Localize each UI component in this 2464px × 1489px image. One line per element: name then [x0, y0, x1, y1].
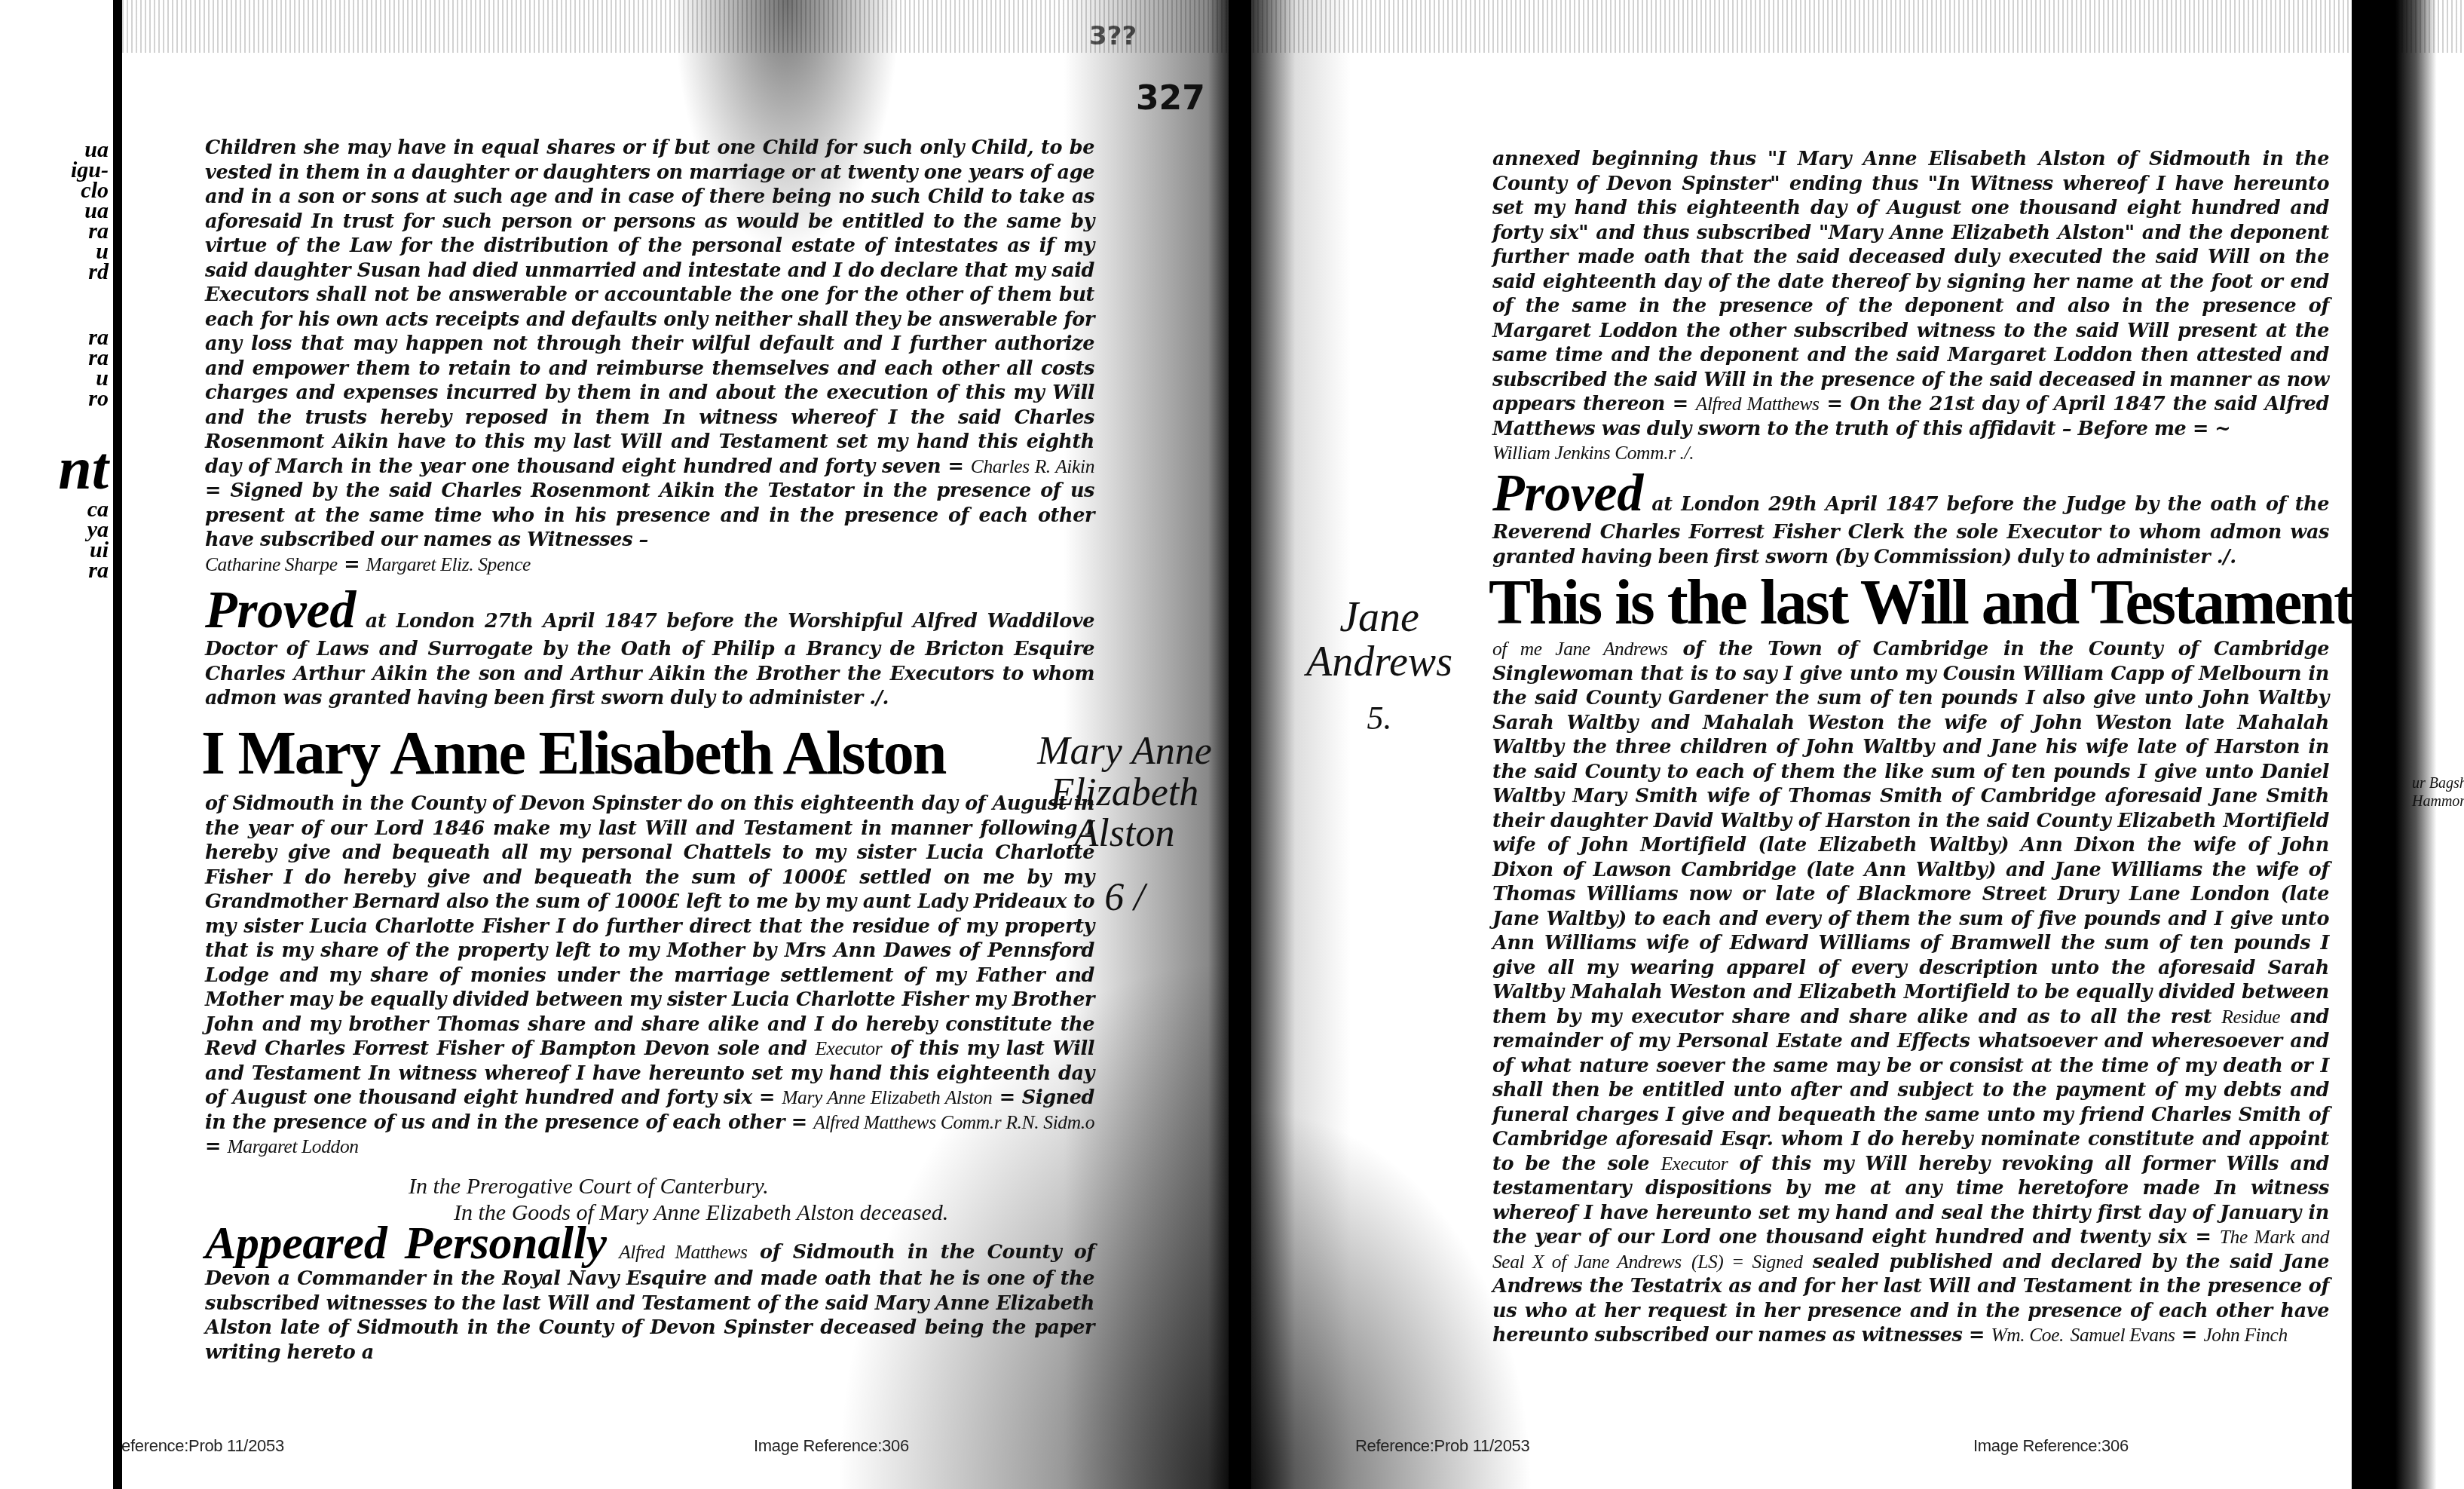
margin-note-andrews: Jane Andrews 5.: [1296, 596, 1462, 736]
stub-fragment: ra: [3, 221, 109, 241]
court-line-1: In the Prerogative Court of Canterbury.: [409, 1174, 769, 1199]
will-text-2: and remainder of my Personal Estate and …: [1492, 1006, 2329, 1175]
margin-name-line: Andrews: [1296, 640, 1462, 685]
deponent-name: Alfred Matthews: [619, 1241, 747, 1263]
commissioner-signature: William Jenkins Comm.r ./.: [1492, 442, 1694, 464]
proved-heading: Proved: [1492, 464, 1643, 522]
left-stub-page: ua igu- clo ua ra u rd ra ra u ro nt ca …: [0, 0, 113, 1489]
margin-name-line: Alston: [1023, 813, 1226, 855]
left-page: 3?? 327 Children she may have in equal s…: [122, 0, 1230, 1489]
deponent-signature: Alfred Matthews: [1696, 393, 1820, 415]
stub-fragment: ya: [3, 519, 109, 540]
stub-fragment: ua: [3, 201, 109, 221]
folio-number: 327: [1136, 79, 1205, 118]
stub-fragment: ui: [3, 540, 109, 560]
continuation-paragraph: Children she may have in equal shares or…: [205, 136, 1094, 577]
proved-heading: Proved: [205, 581, 356, 639]
catalogue-reference-left: Catalogue Reference:Prob 11/2053: [122, 1436, 284, 1456]
right-stub-page: ur Bagsh Hammond: [2395, 0, 2464, 1489]
will-text: of the Town of Cambridge in the County o…: [1492, 638, 2329, 1028]
affidavit-continuation-text: annexed beginning thus "I Mary Anne Elis…: [1492, 148, 2329, 415]
stub-fragment: u: [3, 241, 109, 262]
catalogue-reference-right: Reference:Prob 11/2053: [1355, 1436, 1530, 1456]
testator-signature: Charles R. Aikin: [971, 455, 1094, 477]
stub-fragment: ro: [3, 388, 109, 409]
affidavit-continuation: annexed beginning thus "I Mary Anne Elis…: [1492, 147, 2329, 466]
will-text: of Sidmouth in the County of Devon Spins…: [205, 792, 1094, 1060]
margin-name-line: Mary Anne: [1023, 731, 1226, 773]
right-stub-fragment: ur Bagsh: [2412, 775, 2464, 792]
scan-noise: [122, 0, 2464, 53]
witness-signature: John Finch: [2203, 1324, 2287, 1346]
attestation-text: = Signed by the said Charles Rosenmont A…: [205, 479, 1094, 551]
signed-line: (LS) = Signed: [1691, 1251, 1803, 1273]
register-spread: ua igu- clo ua ra u rd ra ra u ro nt ca …: [0, 0, 2464, 1489]
will-witness: Alfred Matthews Comm.r R.N. Sidm.o: [813, 1111, 1094, 1133]
probate-entry-2: Proved at London 29th April 1847 before …: [1492, 467, 2329, 569]
will-heading-andrews: This is the last Will and Testament: [1489, 571, 2352, 635]
will-intro: of me Jane Andrews: [1492, 638, 1667, 660]
image-reference-right: Image Reference:306: [1973, 1436, 2129, 1456]
left-stub-fragments: ua igu- clo ua ra u rd ra ra u ro nt ca …: [3, 139, 109, 581]
stub-fragment: ca: [3, 499, 109, 519]
margin-note-alston: Mary Anne Elizabeth Alston 6 /: [1023, 731, 1226, 918]
affidavit-paragraph: Appeared Personally Alfred Matthews of S…: [205, 1220, 1094, 1365]
will-witness: Margaret Loddon: [227, 1135, 358, 1157]
stub-fragment: ra: [3, 327, 109, 348]
continuation-text: Children she may have in equal shares or…: [205, 136, 1094, 478]
right-page: annexed beginning thus "I Mary Anne Elis…: [1251, 0, 2352, 1489]
residue-word: Residue: [2221, 1006, 2280, 1028]
will-heading-alston: I Mary Anne Elisabeth Alston: [201, 722, 945, 784]
image-reference-left: Image Reference:306: [754, 1436, 909, 1456]
witness-signature: Catharine Sharpe: [205, 553, 338, 575]
appeared-heading: Appeared Personally: [205, 1218, 607, 1269]
will-body-alston: of Sidmouth in the County of Devon Spins…: [205, 792, 1094, 1160]
stub-fragment: clo: [3, 180, 109, 201]
probate-entry-1: Proved at London 27th April 1847 before …: [205, 584, 1094, 711]
stub-fragment: nt: [3, 439, 109, 499]
stub-fragment: rd: [3, 262, 109, 282]
right-stub-fragment: Hammond: [2412, 793, 2464, 810]
stub-fragment: u: [3, 368, 109, 388]
stub-fragment: igu-: [3, 160, 109, 180]
margin-name-line: Elizabeth: [1023, 773, 1226, 814]
testatrix-signature: Mary Anne Elizabeth Alston: [782, 1086, 992, 1108]
margin-name-line: Jane: [1296, 596, 1462, 640]
margin-entry-number: 5.: [1296, 701, 1462, 736]
stub-fragment: ra: [3, 560, 109, 581]
margin-entry-number: 6 /: [1023, 878, 1226, 919]
will-body-andrews: of me Jane Andrews of the Town of Cambri…: [1492, 637, 2329, 1348]
witness-signature: Margaret Eliz. Spence: [366, 553, 531, 575]
executor-word: Executor: [1661, 1153, 1728, 1175]
book-gutter: [1229, 0, 1253, 1489]
witness-signature: Samuel Evans: [2071, 1324, 2175, 1346]
witness-signature: Wm. Coe.: [1991, 1324, 2064, 1346]
stub-fragment: ra: [3, 348, 109, 368]
stub-fragment: ua: [3, 139, 109, 160]
executor-word: Executor: [815, 1037, 882, 1059]
